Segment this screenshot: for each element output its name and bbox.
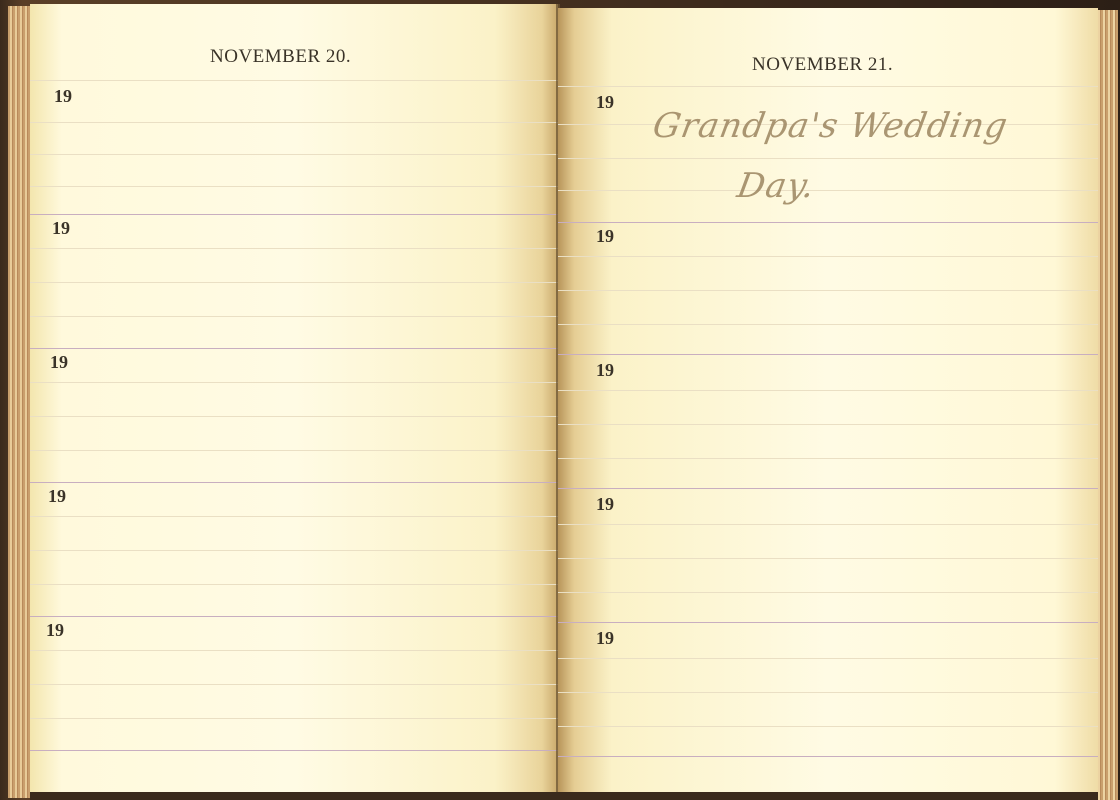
rule-line bbox=[30, 186, 558, 187]
year-label: 19 bbox=[46, 620, 64, 641]
entry-divider bbox=[30, 214, 558, 215]
rule-line bbox=[30, 450, 558, 451]
rule-line bbox=[558, 692, 1098, 693]
rule-line bbox=[558, 86, 1098, 87]
year-label: 19 bbox=[596, 628, 614, 649]
entry-divider bbox=[30, 616, 558, 617]
year-label: 19 bbox=[54, 86, 72, 107]
rule-line bbox=[30, 550, 558, 551]
rule-line bbox=[558, 658, 1098, 659]
rule-line bbox=[30, 80, 558, 81]
year-label: 19 bbox=[596, 92, 614, 113]
rule-line bbox=[558, 524, 1098, 525]
rule-line bbox=[558, 726, 1098, 727]
year-label: 19 bbox=[50, 352, 68, 373]
year-label: 19 bbox=[48, 486, 66, 507]
rule-line bbox=[558, 390, 1098, 391]
rule-line bbox=[30, 584, 558, 585]
rule-line bbox=[30, 154, 558, 155]
rule-line bbox=[30, 684, 558, 685]
book-bottom-edge bbox=[30, 792, 1098, 800]
rule-line bbox=[558, 290, 1098, 291]
year-label: 19 bbox=[596, 494, 614, 515]
entry-divider bbox=[558, 622, 1098, 623]
page-heading-date: NOVEMBER 21. bbox=[752, 54, 893, 76]
rule-line bbox=[30, 282, 558, 283]
handwritten-line-1: Grandpa's Wedding bbox=[650, 106, 1011, 146]
rule-line bbox=[558, 592, 1098, 593]
right-page: NOVEMBER 21. 19 Grandpa's Wedding Day. 1… bbox=[558, 8, 1098, 798]
entry-divider bbox=[558, 488, 1098, 489]
left-page: NOVEMBER 20. 19 19 19 19 19 bbox=[30, 4, 558, 794]
rule-line bbox=[30, 316, 558, 317]
rule-line bbox=[30, 416, 558, 417]
rule-line bbox=[558, 458, 1098, 459]
rule-line bbox=[30, 248, 558, 249]
rule-line bbox=[558, 424, 1098, 425]
rule-line bbox=[30, 122, 558, 123]
rule-line bbox=[30, 516, 558, 517]
handwritten-entry: Grandpa's Wedding Day. bbox=[637, 96, 1038, 216]
entry-divider bbox=[30, 482, 558, 483]
rule-line bbox=[558, 324, 1098, 325]
entry-divider bbox=[30, 348, 558, 349]
rule-line bbox=[558, 558, 1098, 559]
rule-line bbox=[30, 382, 558, 383]
rule-line bbox=[558, 256, 1098, 257]
page-heading-date: NOVEMBER 20. bbox=[210, 46, 351, 68]
entry-divider bbox=[30, 750, 558, 751]
rule-line bbox=[30, 718, 558, 719]
entry-divider bbox=[558, 354, 1098, 355]
year-label: 19 bbox=[52, 218, 70, 239]
handwritten-line-2: Day. bbox=[637, 156, 1028, 216]
year-label: 19 bbox=[596, 360, 614, 381]
rule-line bbox=[30, 650, 558, 651]
page-edges-right bbox=[1096, 10, 1118, 800]
year-label: 19 bbox=[596, 226, 614, 247]
entry-divider bbox=[558, 756, 1098, 757]
entry-divider bbox=[558, 222, 1098, 223]
